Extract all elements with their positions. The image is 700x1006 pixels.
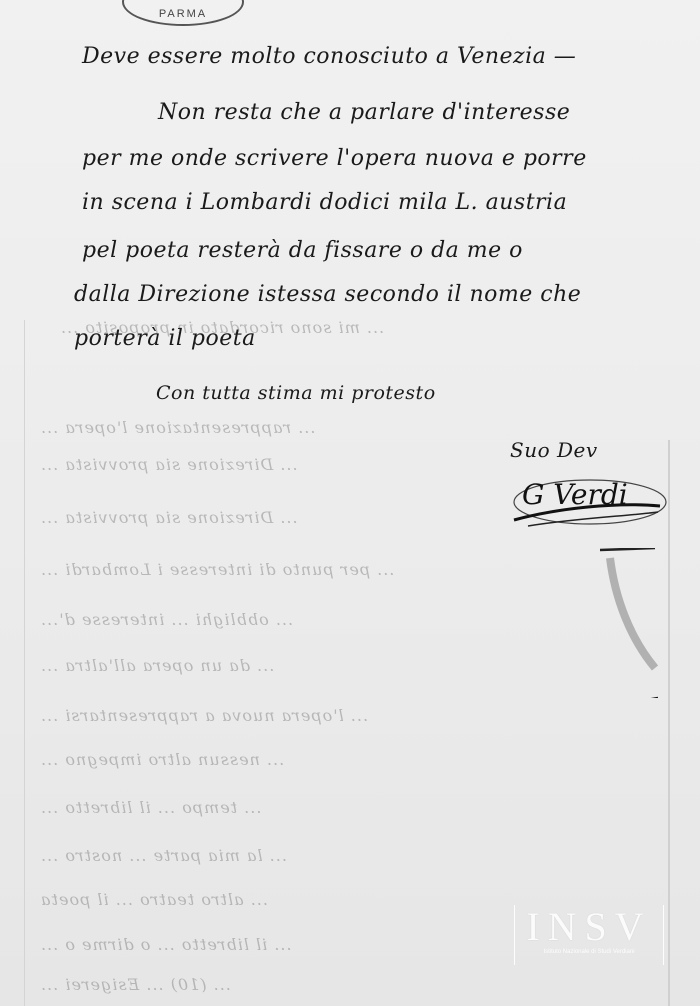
archive-stamp: PARMA xyxy=(122,0,244,26)
bleed-line: ... da un opera all'altra ... xyxy=(40,656,274,675)
bleed-line: ... il libretto ... o dirme o ... xyxy=(40,935,292,954)
letter-line: Deve essere molto conosciuto a Venezia — xyxy=(82,44,576,69)
letter-line: porterà il poeta xyxy=(74,326,256,351)
bleed-line: ... (10) ... Esigerei ... xyxy=(40,975,231,994)
paper-tear-icon xyxy=(600,548,660,698)
bleed-line: ... la mia parte ... nostro ... xyxy=(40,846,287,865)
bleed-line: ... l'opera nuova a rappresentarsi ... xyxy=(40,706,368,725)
letter-line: dalla Direzione istessa secondo il nome … xyxy=(74,282,581,307)
institution-watermark: INSV Istituto Nazionale di Studi Verdian… xyxy=(514,905,664,965)
bleed-line: ... tempo ... il libretto ... xyxy=(40,798,261,817)
bleed-line: ... altro teatro ... il poeta xyxy=(40,890,268,909)
letter-line: Suo Dev xyxy=(510,438,598,462)
page-right-edge xyxy=(668,440,670,1006)
bleed-line: ... Direzione sia provvista ... xyxy=(40,508,298,527)
page-margin-line xyxy=(24,320,25,1006)
letter-line: pel poeta resterà da fissare o da me o xyxy=(82,238,523,263)
stamp-text: PARMA xyxy=(159,8,207,20)
bleed-line: ... per punto di interesse i Lombardi ..… xyxy=(40,560,394,579)
letter-line: in scena i Lombardi dodici mila L. austr… xyxy=(82,190,567,215)
letter-page: PARMA ... mi sono ricordato in proposito… xyxy=(0,0,700,1006)
letter-line: Con tutta stima mi protesto xyxy=(156,382,436,404)
watermark-title: INSV xyxy=(515,905,663,949)
bleed-line: ... obblighi ... interesse d'... xyxy=(40,610,293,629)
signature: G Verdi xyxy=(508,472,668,542)
watermark-subtitle: Istituto Nazionale di Studi Verdiani xyxy=(515,949,663,955)
bleed-line: ... rappresentazione l'opera ... xyxy=(40,418,316,437)
letter-line: Non resta che a parlare d'interesse xyxy=(158,100,570,125)
signature-name: G Verdi xyxy=(522,478,628,511)
bleed-line: ... nessun altro impegno ... xyxy=(40,750,284,769)
letter-line: per me onde scrivere l'opera nuova e por… xyxy=(82,146,587,171)
bleed-line: ... Direzione sia provvista ... xyxy=(40,455,298,474)
